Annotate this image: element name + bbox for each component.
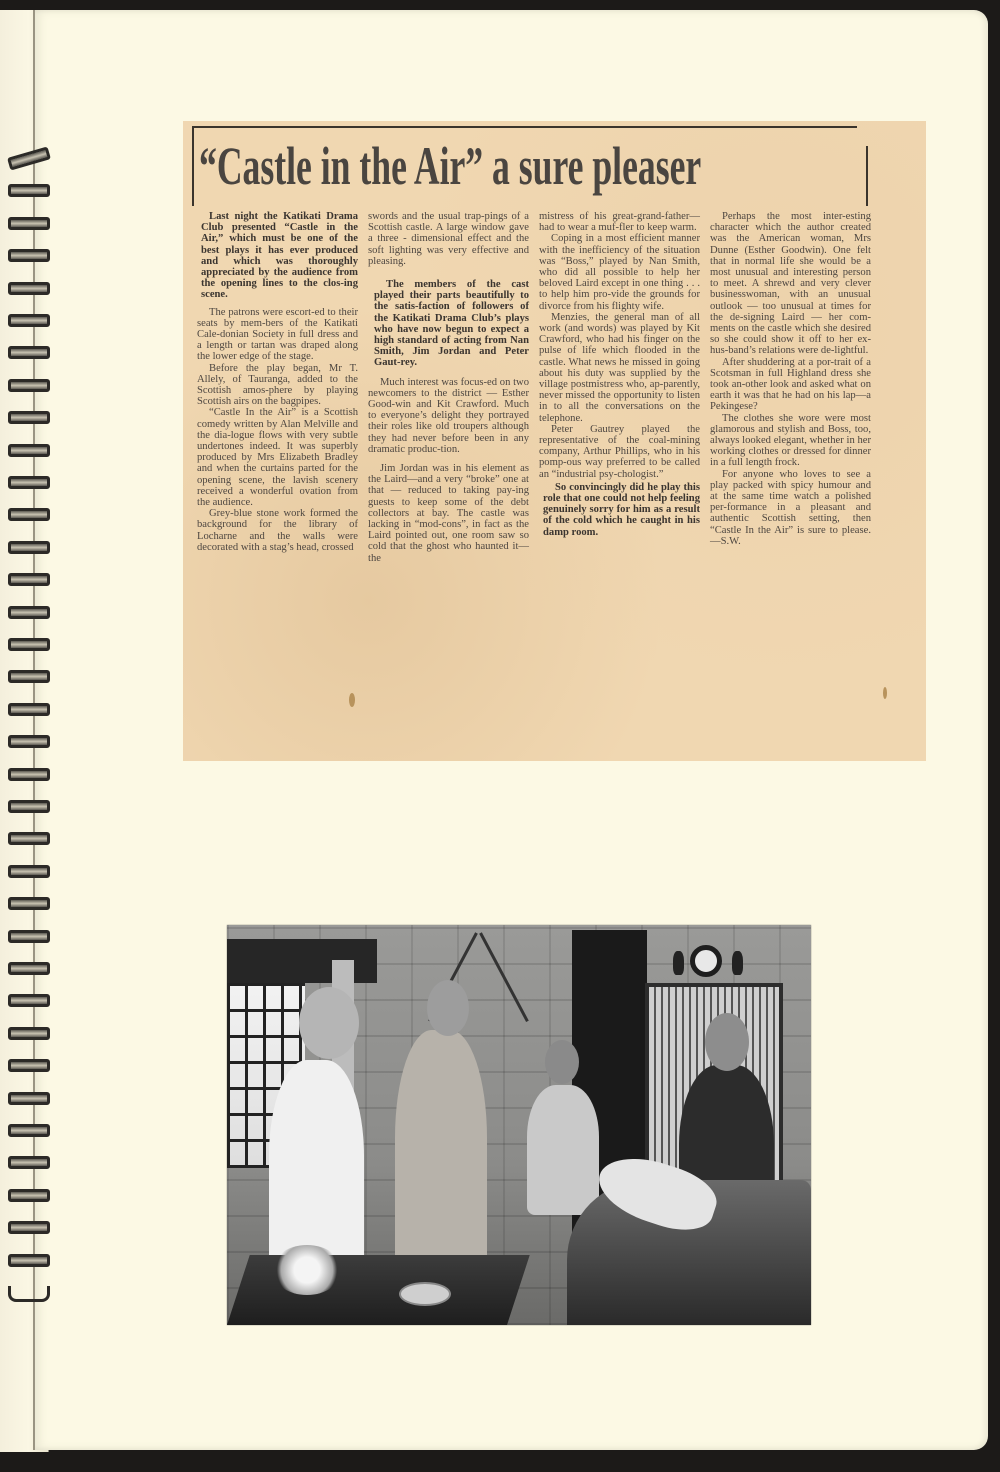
spiral-ring xyxy=(8,994,50,1007)
spiral-ring xyxy=(8,800,50,813)
spiral-ring xyxy=(8,1156,50,1169)
spiral-ring xyxy=(8,217,50,230)
newspaper-clipping: “Castle in the Air” a sure pleaser Last … xyxy=(183,121,926,761)
clipping-rule-left xyxy=(192,126,194,206)
article-column-2: swords and the usual trap-pings of a Sco… xyxy=(368,211,529,564)
spiral-ring xyxy=(8,606,50,619)
photo-flowers xyxy=(272,1245,342,1295)
paragraph: Much interest was focus-ed on two newcom… xyxy=(368,377,529,455)
headline: “Castle in the Air” a sure pleaser xyxy=(199,135,866,197)
paragraph: Before the play began, Mr T. Allely, of … xyxy=(197,363,358,408)
photo-figure-young-man-head xyxy=(545,1040,579,1084)
spiral-ring xyxy=(7,146,51,170)
paragraph: The clothes she wore were most glamorous… xyxy=(710,413,871,469)
spiral-ring xyxy=(8,768,50,781)
spiral-ring xyxy=(8,314,50,327)
paragraph: “Castle In the Air” is a Scottish comedy… xyxy=(197,407,358,508)
article-column-1: Last night the Katikati Drama Club prese… xyxy=(197,211,358,564)
paragraph: For anyone who loves to see a play packe… xyxy=(710,469,871,547)
spiral-ring xyxy=(8,282,50,295)
clipping-rule-right xyxy=(866,146,868,206)
glue-stain xyxy=(349,693,355,707)
spiral-ring xyxy=(8,703,50,716)
clipping-rule-top xyxy=(192,126,857,128)
spiral-ring xyxy=(8,541,50,554)
spiral-ring xyxy=(8,930,50,943)
spiral-ring xyxy=(8,1027,50,1040)
paragraph: Peter Gautrey played the representative … xyxy=(539,424,700,480)
spiral-ring xyxy=(8,1254,50,1267)
photo-window-pelmet xyxy=(227,939,377,983)
spiral-ring xyxy=(8,832,50,845)
spiral-binding xyxy=(8,0,58,1472)
spiral-ring xyxy=(8,638,50,651)
spiral-ring xyxy=(8,249,50,262)
article-column-4: Perhaps the most inter-esting character … xyxy=(710,211,871,564)
paragraph: Jim Jordan was in his element as the Lai… xyxy=(368,463,529,564)
spiral-ring xyxy=(8,184,50,197)
paragraph: So convincingly did he play this role th… xyxy=(543,482,700,538)
spiral-ring xyxy=(8,346,50,359)
spiral-ring xyxy=(8,1286,50,1302)
spiral-ring xyxy=(8,735,50,748)
photo-ashtray xyxy=(399,1282,451,1306)
spiral-ring xyxy=(8,411,50,424)
photo-figure-woman-head xyxy=(299,987,359,1059)
paragraph: Perhaps the most inter-esting character … xyxy=(710,211,871,357)
spiral-ring xyxy=(8,508,50,521)
paragraph: Grey-blue stone work formed the backgrou… xyxy=(197,508,358,553)
article-columns: Last night the Katikati Drama Club prese… xyxy=(197,211,873,564)
paragraph: Coping in a most efficient manner with t… xyxy=(539,233,700,311)
spiral-ring xyxy=(8,379,50,392)
spiral-ring xyxy=(8,865,50,878)
photo-figure-young-man xyxy=(527,1085,599,1215)
spiral-ring xyxy=(8,1124,50,1137)
spiral-ring xyxy=(8,897,50,910)
photo-decorative-plate xyxy=(690,945,722,977)
paragraph: mistress of his great-grand-father—had t… xyxy=(539,211,700,233)
spiral-ring xyxy=(8,670,50,683)
photo-vase xyxy=(732,951,743,975)
stage-photograph xyxy=(227,925,811,1325)
spiral-ring xyxy=(8,1221,50,1234)
photo-vase xyxy=(673,951,684,975)
spiral-ring xyxy=(8,1189,50,1202)
spiral-ring xyxy=(8,444,50,457)
paragraph: Menzies, the general man of all work (an… xyxy=(539,312,700,424)
paragraph: After shuddering at a por-trait of a Sco… xyxy=(710,357,871,413)
paragraph: The patrons were escort-ed to their seat… xyxy=(197,307,358,363)
spiral-ring xyxy=(8,573,50,586)
article-column-3: mistress of his great-grand-father—had t… xyxy=(539,211,700,564)
photo-figure-man-jacket-head xyxy=(427,980,469,1036)
paragraph: The members of the cast played their par… xyxy=(374,279,529,369)
photo-figure-man-suit-head xyxy=(705,1013,749,1071)
paragraph: swords and the usual trap-pings of a Sco… xyxy=(368,211,529,267)
spiral-ring xyxy=(8,1059,50,1072)
spiral-ring xyxy=(8,962,50,975)
glue-stain xyxy=(883,687,887,699)
spiral-ring xyxy=(8,476,50,489)
paragraph: Last night the Katikati Drama Club prese… xyxy=(201,211,358,301)
spiral-ring xyxy=(8,1092,50,1105)
